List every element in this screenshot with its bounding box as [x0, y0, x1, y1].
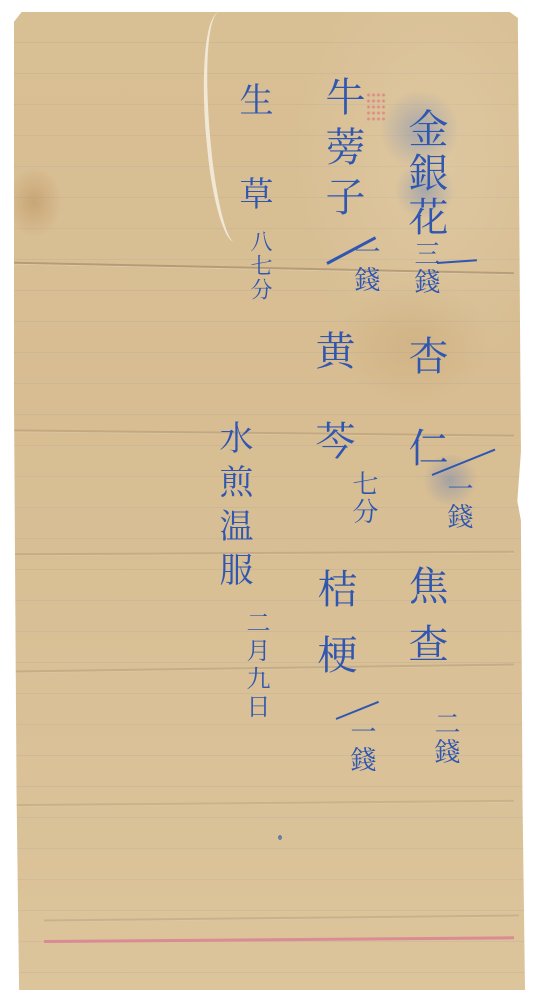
prescription-column-1c: 焦查 [405, 565, 445, 681]
herb-name: 桔梗 [311, 568, 357, 700]
ink-dot [278, 835, 282, 840]
herb-name: 牛蒡子 [319, 76, 365, 226]
fold-crease [14, 551, 514, 557]
prescription-column-2c: 桔梗 [314, 568, 354, 700]
herb-dose: 一錢 [445, 475, 471, 531]
herb-dose: 二錢 [432, 710, 458, 766]
scanned-document: 金銀花三錢 杏仁 一錢 焦查 二錢 牛蒡子 一錢 黄芩 七分 桔梗 一錢 生草 … [0, 0, 539, 1000]
prescription-column-1b: 杏仁 [405, 335, 445, 519]
herb-dose: 七分 [350, 470, 376, 526]
dosing-instructions: 水煎温服 [216, 420, 250, 596]
prescription-date: 二月九日 [244, 610, 268, 722]
fold-crease [44, 915, 519, 923]
fold-crease [14, 800, 514, 807]
herb-dose: 三錢 [410, 240, 440, 296]
herb-dose: 八七分 [248, 230, 270, 302]
herb-dose: 一錢 [352, 238, 378, 294]
herb-name: 金銀花 [402, 108, 448, 240]
herb-name: 焦查 [402, 565, 448, 681]
prescription-column-2b: 黄芩 [312, 330, 352, 510]
herb-dose: 一錢 [348, 718, 374, 774]
prescription-column-1: 金銀花三錢 [405, 108, 445, 296]
prescription-column-2: 牛蒡子 [322, 76, 362, 226]
herb-name: 杏仁 [402, 335, 448, 519]
